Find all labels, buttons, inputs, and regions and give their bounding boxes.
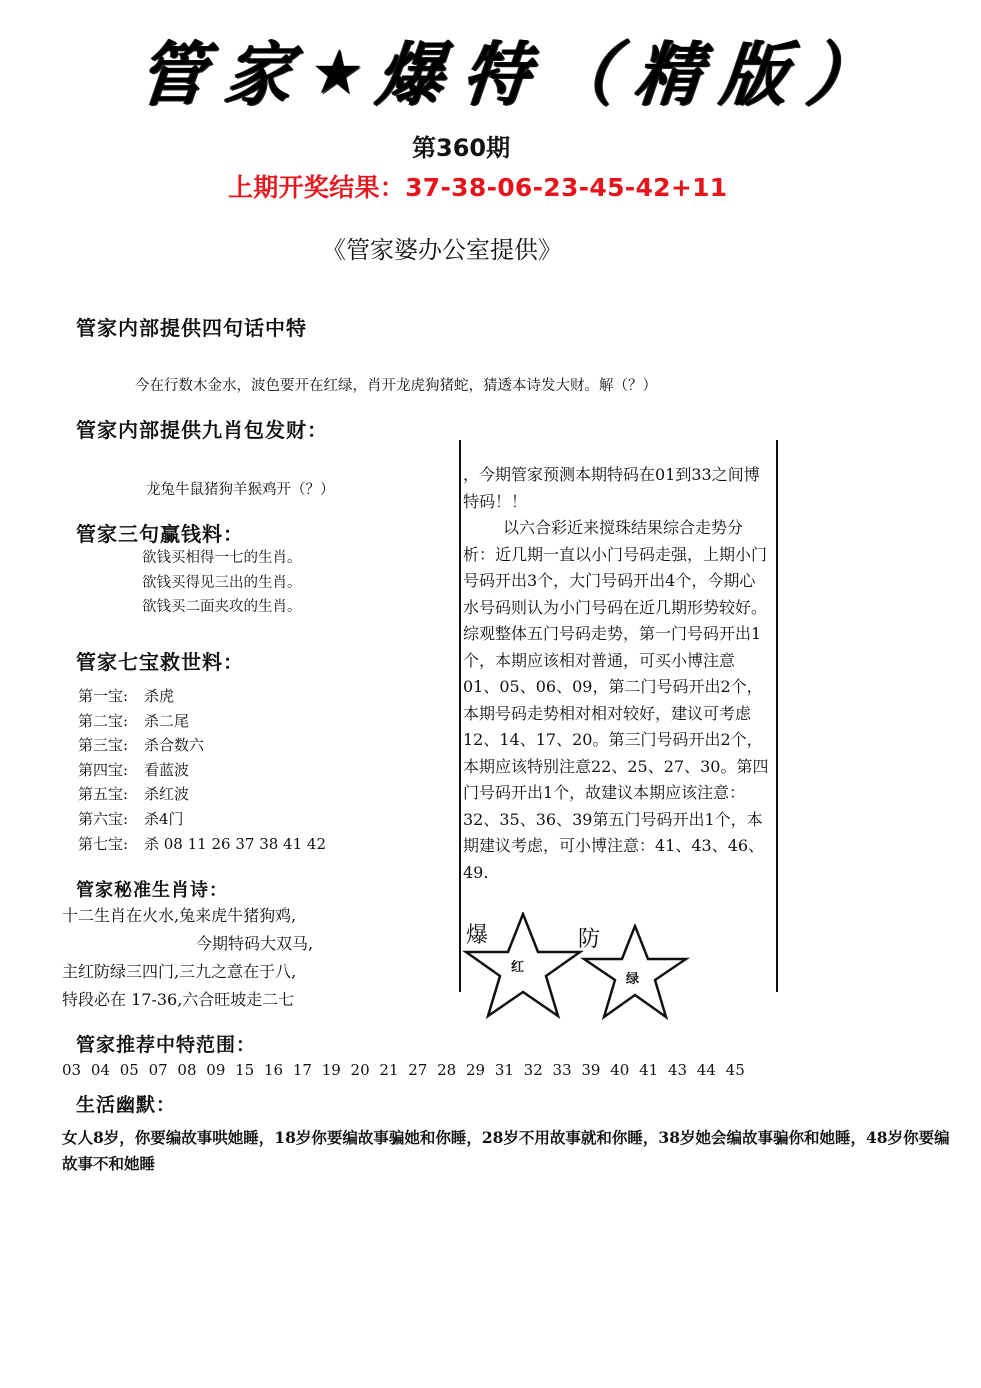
treasure-value: 杀二尾: [144, 709, 189, 734]
treasure-row: 第三宝:杀合数六: [78, 733, 326, 758]
treasure-row: 第一宝:杀虎: [78, 684, 326, 709]
treasure-row: 第六宝:杀4门: [78, 807, 326, 832]
treasure-key: 第七宝:: [78, 832, 144, 857]
treasure-key: 第五宝:: [78, 782, 144, 807]
star-icon: ★: [308, 37, 368, 108]
treasure-row: 第四宝:看蓝波: [78, 758, 326, 783]
analysis-box-left-border: [459, 440, 461, 992]
treasure-key: 第四宝:: [78, 758, 144, 783]
treasure-key: 第六宝:: [78, 807, 144, 832]
poem-line: 特段必在 17-36,六合旺坡走二七: [62, 986, 313, 1014]
three-lines-item: 欲钱买二面夹攻的生肖。: [142, 595, 302, 620]
three-lines-item: 欲钱买得见三出的生肖。: [142, 571, 302, 596]
title-left: 管家: [135, 18, 317, 118]
last-draw-result: 上期开奖结果：37-38-06-23-45-42+11: [228, 168, 727, 204]
three-lines-list: 欲钱买相得一七的生肖。 欲钱买得见三出的生肖。 欲钱买二面夹攻的生肖。: [142, 546, 302, 620]
treasure-key: 第一宝:: [78, 684, 144, 709]
star-inner-green: 绿: [626, 968, 639, 987]
last-result-label: 上期开奖结果：: [228, 173, 405, 202]
treasure-value: 杀红波: [144, 782, 189, 807]
nine-zodiac-text: 龙兔牛鼠猪狗羊猴鸡开（？）: [146, 478, 335, 499]
four-lines-text: 今在行数木金水，波色要开在红绿，肖开龙虎狗猪蛇，猜透本诗发大财。解（？）: [135, 374, 657, 395]
analysis-box-right-border: [776, 440, 778, 992]
treasure-row: 第五宝:杀红波: [78, 782, 326, 807]
seven-treasures-heading: 管家七宝救世料：: [76, 646, 244, 675]
humor-heading: 生活幽默：: [76, 1090, 176, 1117]
poem-line: 主红防绿三四门,三九之意在于八,: [62, 958, 313, 986]
treasure-value: 看蓝波: [144, 758, 189, 783]
page-title: 管家 ★ 爆特（精版）: [134, 16, 825, 121]
treasure-key: 第二宝:: [78, 709, 144, 734]
last-result-numbers: 37-38-06-23-45-42+11: [405, 173, 727, 202]
treasure-value: 杀虎: [144, 684, 174, 709]
recommend-heading: 管家推荐中特范围：: [76, 1030, 256, 1057]
four-lines-heading: 管家内部提供四句话中特: [76, 312, 307, 341]
nine-zodiac-heading: 管家内部提供九肖包发财：: [76, 414, 328, 443]
provider-line: 《管家婆办公室提供》: [322, 230, 562, 265]
title-right: 爆特（精版）: [373, 18, 899, 118]
analysis-text: ，今期管家预测本期特码在01到33之间博特码！！ 以六合彩近来搅珠结果综合走势分…: [463, 462, 769, 886]
recommend-numbers: 03 04 05 07 08 09 15 16 17 19 20 21 27 2…: [62, 1061, 745, 1079]
issue-number: 第360期: [412, 128, 510, 163]
analysis-paragraph-1: ，今期管家预测本期特码在01到33之间博特码！！: [463, 462, 769, 515]
seven-treasures-list: 第一宝:杀虎 第二宝:杀二尾 第三宝:杀合数六 第四宝:看蓝波 第五宝:杀红波 …: [78, 684, 326, 856]
humor-text: 女人8岁，你要编故事哄她睡，18岁你要编故事骗她和你睡，28岁不用故事就和你睡，…: [62, 1125, 962, 1177]
analysis-paragraph-2: 以六合彩近来搅珠结果综合走势分析：近几期一直以小门号码走强，上期小门号码开出3个…: [463, 515, 769, 886]
star-inner-red: 红: [511, 956, 524, 975]
poem-line: 十二生肖在火水,兔来虎牛猪狗鸡,: [62, 902, 313, 930]
three-lines-item: 欲钱买相得一七的生肖。: [142, 546, 302, 571]
treasure-row: 第二宝:杀二尾: [78, 709, 326, 734]
treasure-row: 第七宝:杀 08 11 26 37 38 41 42: [78, 832, 326, 857]
treasure-value: 杀合数六: [144, 733, 204, 758]
treasure-value: 杀4门: [144, 807, 184, 832]
poem-line: 今期特码大双马,: [62, 930, 313, 958]
secret-poem-heading: 管家秘准生肖诗：: [76, 876, 228, 902]
three-lines-heading: 管家三句赢钱料：: [76, 518, 244, 547]
secret-poem: 十二生肖在火水,兔来虎牛猪狗鸡, 今期特码大双马, 主红防绿三四门,三九之意在于…: [62, 902, 313, 1014]
treasure-key: 第三宝:: [78, 733, 144, 758]
treasure-value: 杀 08 11 26 37 38 41 42: [144, 832, 326, 857]
